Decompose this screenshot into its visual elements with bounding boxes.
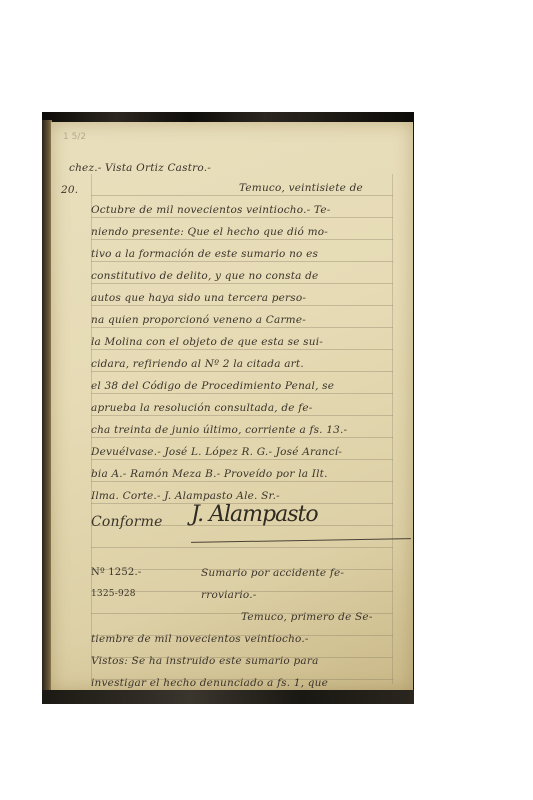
entry-line: Temuco, veintisiete de [239,182,363,194]
ledger-page: 1 5/2 chez.- Vista Ortiz Castro.- 20. Te… [51,122,413,692]
entry-line: bia A.- Ramón Meza B.- Proveído por la I… [91,468,328,480]
entry-number: Nº 1252.- [91,567,141,578]
signature: J. Alampasto [191,502,318,527]
entry-line: investigar el hecho denunciado a fs. 1, … [91,677,328,689]
entry-line: aprueba la resolución consultada, de fe- [91,402,313,414]
entry-line: Vistos: Se ha instruido este sumario par… [91,655,319,667]
entry-line: autos que haya sido una tercera perso- [91,292,306,304]
entry-reference: 1325-928 [91,589,136,599]
pencil-folio-mark: 1 5/2 [63,132,86,142]
entry-line: constitutivo de delito, y que no consta … [91,270,318,282]
entry-line: tiembre de mil novecientos veintiocho.- [91,633,309,645]
entry-line: el 38 del Código de Procedimiento Penal,… [91,380,334,392]
entry-line: cha treinta de junio último, corriente a… [91,424,347,436]
entry-line: cidara, refiriendo al Nº 2 la citada art… [91,358,304,370]
scan-bottom-border [42,690,414,704]
entry-line: niendo presente: Que el hecho que dió mo… [91,226,328,238]
entry-heading: Sumario por accidente fe- [201,567,344,579]
marginal-number: 20. [61,184,78,196]
entry-heading: rroviario.- [201,589,257,601]
entry-line: Devuélvase.- José L. López R. G.- José A… [91,446,342,458]
entry-line: Temuco, primero de Se- [241,611,373,623]
entry-line: na quien proporcionó veneno a Carme- [91,314,306,326]
entry-line: Ilma. Corte.- J. Alampasto Ale. Sr.- [91,490,280,502]
entry-line: tivo a la formación de este sumario no e… [91,248,318,260]
entry-heading: chez.- Vista Ortiz Castro.- [69,162,211,174]
conforme-text: Conforme [91,514,163,530]
scanned-page: 1 5/2 chez.- Vista Ortiz Castro.- 20. Te… [42,112,414,704]
entry-line: Octubre de mil novecientos veintiocho.- … [91,204,330,216]
entry-line: la Molina con el objeto de que esta se s… [91,336,323,348]
